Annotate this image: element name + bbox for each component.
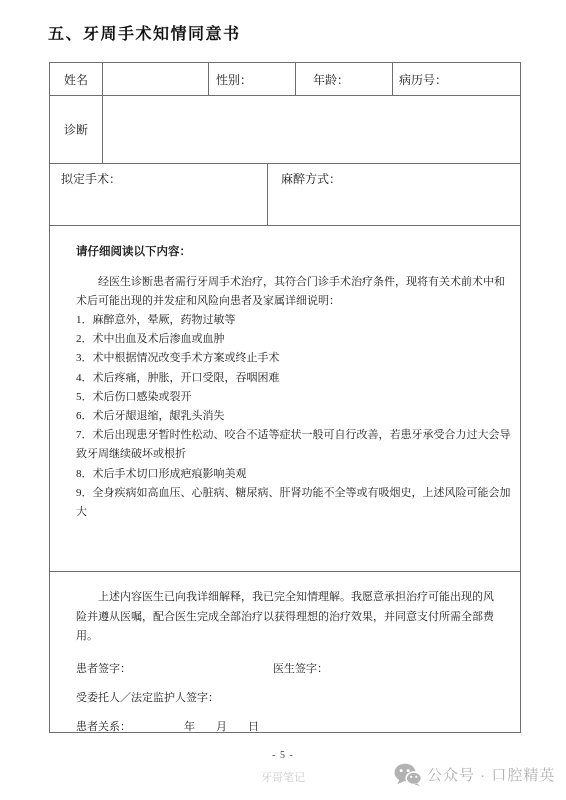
name-input-area — [103, 63, 209, 95]
name-label: 姓名 — [50, 63, 103, 95]
guardian-signature-label: 受委托人／法定监护人签字： — [76, 690, 496, 707]
relation-date-row: 患者关系： 年 月 日 — [76, 719, 496, 734]
notice-heading: 请仔细阅读以下内容： — [76, 243, 514, 262]
page-number: - 5 - — [0, 750, 566, 761]
record-number-label: 病历号： — [393, 63, 520, 95]
age-label: 年龄： — [296, 63, 393, 95]
diagnosis-label: 诊断 — [50, 96, 103, 163]
risk-item: 6．术后牙龈退缩，龈乳头消失 — [76, 407, 514, 426]
diagnosis-row: 诊断 — [50, 96, 520, 164]
gender-label: 性别： — [209, 63, 296, 95]
date-month-label: 月 — [216, 719, 227, 734]
consent-form-table: 姓名 性别： 年龄： 病历号： 诊断 拟定手术： 麻醉方式： 请仔细阅读以下内容… — [49, 62, 521, 733]
risk-item: 4．术后疼痛，肿胀，开口受限，吞咽困难 — [76, 369, 514, 388]
signature-section: 上述内容医生已向我详细解释，我已完全知情理解。我愿意承担治疗可能出现的风险并遵从… — [50, 572, 520, 733]
planned-surgery-label: 拟定手术： — [50, 164, 268, 225]
page-title: 五、牙周手术知情同意书 — [48, 21, 241, 44]
date-year-label: 年 — [184, 719, 195, 734]
risk-item: 1．麻醉意外，晕厥，药物过敏等 — [76, 311, 514, 330]
surgery-row: 拟定手术： 麻醉方式： — [50, 164, 520, 226]
doctor-signature-label: 医生签字： — [273, 661, 328, 678]
date-day-label: 日 — [248, 719, 259, 734]
anesthesia-method-label: 麻醉方式： — [268, 164, 520, 225]
risk-item: 5．术后伤口感染或裂开 — [76, 388, 514, 407]
risk-item: 7．术后出现患牙暂时性松动、咬合不适等症状一般可自行改善，若患牙承受合力过大会导… — [76, 426, 514, 464]
consent-document-page: 五、牙周手术知情同意书 姓名 性别： 年龄： 病历号： 诊断 拟定手术： 麻醉方… — [0, 0, 566, 800]
footer-brand-label: 公众号 · 口腔精英 — [427, 764, 555, 785]
patient-info-row: 姓名 性别： 年龄： 病历号： — [50, 63, 520, 96]
risk-item: 8．术后手术切口形成疤痕影响美观 — [76, 465, 514, 484]
risk-item: 2．术中出血及术后渗血或血肿 — [76, 330, 514, 349]
footer-brand: 公众号 · 口腔精英 — [394, 763, 555, 786]
diagnosis-input-area — [103, 96, 520, 163]
wechat-icon — [394, 763, 421, 786]
patient-relation-label: 患者关系： — [76, 719, 131, 734]
signature-row: 患者签字： 医生签字： — [76, 661, 496, 678]
consent-statement: 上述内容医生已向我详细解释，我已完全知情理解。我愿意承担治疗可能出现的风险并遵从… — [76, 588, 496, 647]
risk-item: 9．全身疾病如高血压、心脏病、糖尿病、肝肾功能不全等或有吸烟史，上述风险可能会加… — [76, 484, 514, 522]
risk-notice-section: 请仔细阅读以下内容： 经医生诊断患者需行牙周手术治疗，其符合门诊手术治疗条件，现… — [50, 226, 520, 572]
risk-item: 3．术中根据情况改变手术方案或终止手术 — [76, 349, 514, 368]
patient-signature-label: 患者签字： — [76, 661, 273, 678]
intro-paragraph: 经医生诊断患者需行牙周手术治疗，其符合门诊手术治疗条件，现将有关术前术中和术后可… — [76, 273, 514, 311]
